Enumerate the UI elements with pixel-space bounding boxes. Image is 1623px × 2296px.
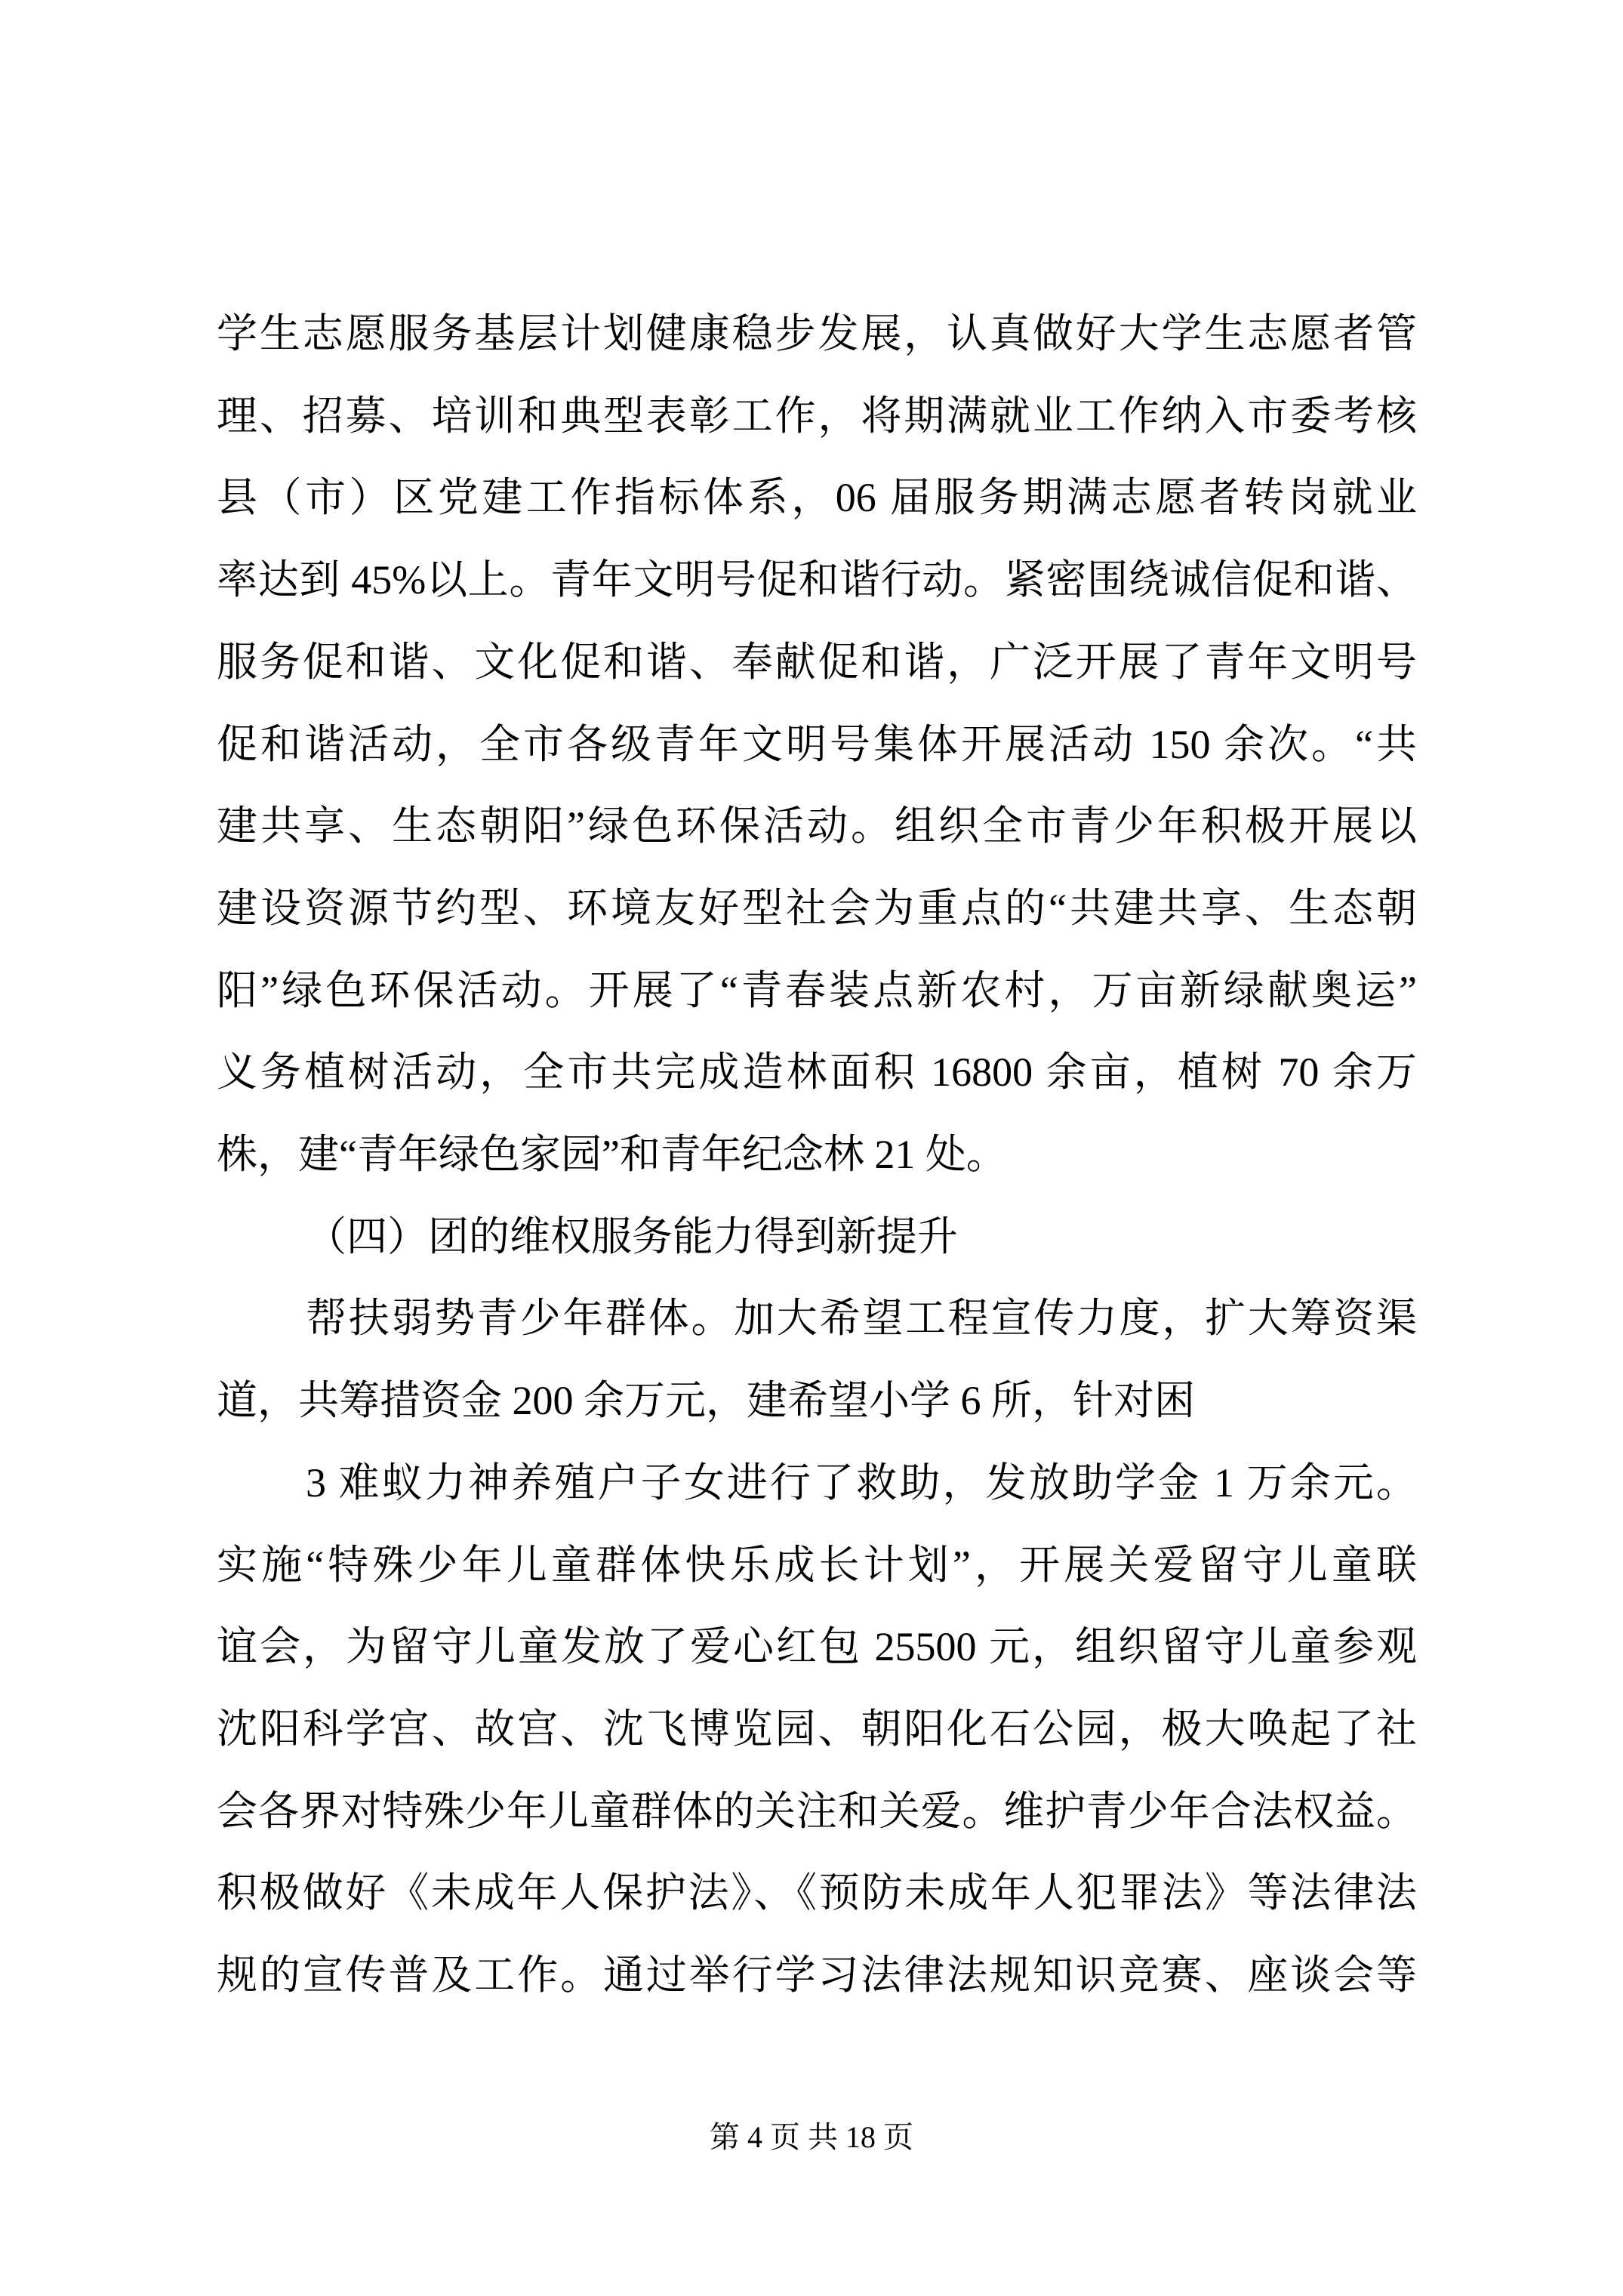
text-line-16: 实施“特殊少年儿童群体快乐成长计划”，开展关爱留守儿童联 [217,1524,1417,1607]
text-line-15: 3 难蚁力神养殖户子女进行了救助，发放助学金 1 万余元。 [217,1442,1417,1524]
text-line-08: 建设资源节约型、环境友好型社会为重点的“共建共享、生态朝 [217,868,1417,950]
text-line-17: 谊会，为留守儿童发放了爱心红包 25500 元，组织留守儿童参观 [217,1606,1417,1688]
text-line-10: 义务植树活动，全市共完成造林面积 16800 余亩，植树 70 余万 [217,1031,1417,1114]
text-line-18: 沈阳科学宫、故宫、沈飞博览园、朝阳化石公园，极大唤起了社 [217,1688,1417,1771]
text-line-14: 道，共筹措资金 200 余万元，建希望小学 6 所，针对困 [217,1360,1417,1442]
page-number-text: 第 4 页 共 18 页 [710,2120,913,2154]
text-line-01: 学生志愿服务基层计划健康稳步发展，认真做好大学生志愿者管 [217,293,1417,375]
text-line-13: 帮扶弱势青少年群体。加大希望工程宣传力度，扩大筹资渠 [217,1277,1417,1360]
page-number-footer: 第 4 页 共 18 页 [0,2115,1623,2160]
text-line-04: 率达到 45%以上。青年文明号促和谐行动。紧密围绕诚信促和谐、 [217,539,1417,621]
text-line-19: 会各界对特殊少年儿童群体的关注和关爱。维护青少年合法权益。 [217,1771,1417,1853]
text-line-21: 规的宣传普及工作。通过举行学习法律法规知识竞赛、座谈会等 [217,1934,1417,2017]
text-line-09: 阳”绿色环保活动。开展了“青春装点新农村，万亩新绿献奥运” [217,950,1417,1032]
document-body: 学生志愿服务基层计划健康稳步发展，认真做好大学生志愿者管 理、招募、培训和典型表… [217,293,1417,2017]
text-line-11: 株，建“青年绿色家园”和青年纪念林 21 处。 [217,1114,1417,1196]
text-line-07: 建共享、生态朝阳”绿色环保活动。组织全市青少年积极开展以 [217,785,1417,868]
document-page: 学生志愿服务基层计划健康稳步发展，认真做好大学生志愿者管 理、招募、培训和典型表… [0,0,1623,2296]
text-line-05: 服务促和谐、文化促和谐、奉献促和谐，广泛开展了青年文明号 [217,621,1417,704]
text-line-03: 县（市）区党建工作指标体系，06 届服务期满志愿者转岗就业 [217,457,1417,539]
text-line-02: 理、招募、培训和典型表彰工作，将期满就业工作纳入市委考核 [217,375,1417,458]
text-line-06: 促和谐活动，全市各级青年文明号集体开展活动 150 余次。“共 [217,704,1417,786]
section-heading-line: （四）团的维权服务能力得到新提升 [217,1196,1417,1278]
text-line-20: 积极做好《未成年人保护法》、《预防未成年人犯罪法》等法律法 [217,1852,1417,1934]
